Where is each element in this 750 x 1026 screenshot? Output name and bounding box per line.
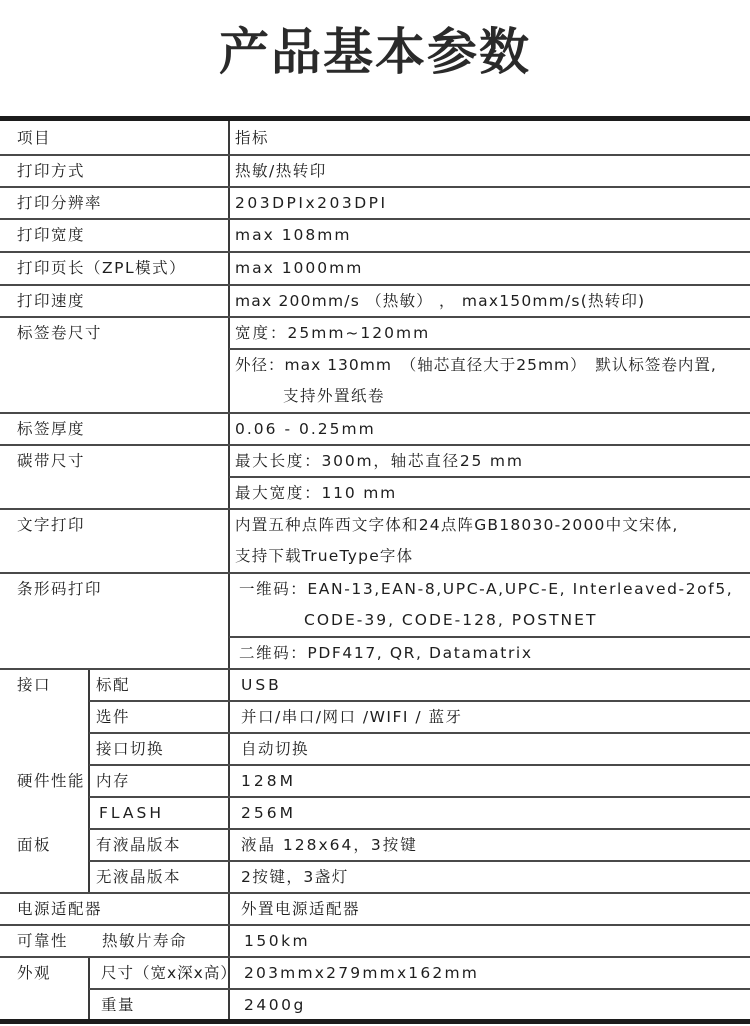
row-divider	[89, 828, 750, 830]
value-print-width: max 108mm	[229, 219, 351, 251]
header-value: 指标	[229, 122, 269, 154]
label-appearance: 外观	[0, 957, 51, 989]
row-divider	[89, 860, 750, 862]
page-title: 产品基本参数	[0, 22, 750, 82]
label-barcode: 条形码打印	[0, 573, 102, 605]
value-flash: 256M	[229, 797, 296, 829]
sublabel-memory: 内存	[89, 765, 130, 797]
value-label-roll-width: 宽度：25mm~120mm	[229, 317, 430, 349]
value-interface-switch: 自动切换	[229, 733, 309, 765]
value-weight: 2400g	[229, 989, 306, 1021]
value-barcode-2d: 二维码：PDF417, QR, Datamatrix	[229, 637, 533, 669]
sublabel-flash: FLASH	[89, 797, 164, 829]
value-resolution: 203DPIx203DPI	[229, 187, 388, 219]
label-label-roll: 标签卷尺寸	[0, 317, 102, 349]
value-interface-optional: 并口/串口/网口 /WIFI / 蓝牙	[229, 701, 463, 733]
row-divider	[89, 764, 750, 766]
label-panel: 面板	[0, 829, 51, 861]
value-text-print-1: 内置五种点阵西文字体和24点阵GB18030-2000中文宋体,	[229, 509, 679, 541]
value-label-roll-outer-2: 支持外置纸卷	[229, 380, 385, 412]
value-interface-standard: USB	[229, 669, 282, 701]
value-thermal-head-life: 150km	[229, 925, 310, 957]
value-memory: 128M	[229, 765, 296, 797]
value-label-roll-outer: 外径：max 130mm （轴芯直径大于25mm） 默认标签卷内置,	[229, 349, 717, 381]
value-power-adapter: 外置电源适配器	[229, 893, 360, 925]
label-print-width: 打印宽度	[0, 219, 85, 251]
value-lcd-version: 液晶 128x64，3按键	[229, 829, 418, 861]
label-label-thickness: 标签厚度	[0, 413, 85, 445]
label-interface: 接口	[0, 669, 51, 701]
label-print-speed: 打印速度	[0, 285, 85, 317]
row-divider	[89, 796, 750, 798]
sublabel-interface-optional: 选件	[89, 701, 130, 733]
sublabel-lcd-version: 有液晶版本	[89, 829, 181, 861]
value-text-print-2: 支持下载TrueType字体	[229, 540, 413, 572]
sublabel-dimensions: 尺寸（宽x深x高）	[89, 957, 237, 989]
sublabel-interface-switch: 接口切换	[89, 733, 164, 765]
value-page-length: max 1000mm	[229, 252, 363, 284]
value-dimensions: 203mmx279mmx162mm	[229, 957, 479, 989]
label-ribbon: 碳带尺寸	[0, 445, 85, 477]
sublabel-weight: 重量	[89, 989, 135, 1021]
label-reliability: 可靠性	[0, 925, 68, 957]
table-top-rule	[0, 116, 750, 121]
value-barcode-1d: 一维码：EAN-13,EAN-8,UPC-A,UPC-E, Interleave…	[229, 573, 733, 605]
label-page-length: 打印页长（ZPL模式）	[0, 252, 186, 284]
value-no-lcd-version: 2按键，3盏灯	[229, 861, 349, 893]
value-ribbon-length: 最大长度：300m，轴芯直径25 mm	[229, 445, 524, 477]
value-print-speed: max 200mm/s （热敏） ， max150mm/s(热转印)	[229, 285, 645, 317]
sublabel-no-lcd-version: 无液晶版本	[89, 861, 181, 893]
label-text-print: 文字打印	[0, 509, 85, 541]
value-ribbon-width: 最大宽度：110 mm	[229, 477, 397, 509]
label-power-adapter: 电源适配器	[0, 893, 102, 925]
value-barcode-1d-cont: CODE-39, CODE-128, POSTNET	[229, 604, 597, 636]
sublabel-thermal-head-life: 热敏片寿命	[89, 925, 187, 957]
sublabel-interface-standard: 标配	[89, 669, 130, 701]
header-item: 项目	[0, 122, 51, 154]
value-print-method: 热敏/热转印	[229, 155, 327, 187]
row-divider	[0, 154, 750, 156]
label-resolution: 打印分辨率	[0, 187, 102, 219]
value-label-thickness: 0.06 - 0.25mm	[229, 413, 376, 445]
label-hardware: 硬件性能	[0, 765, 85, 797]
label-print-method: 打印方式	[0, 155, 85, 187]
